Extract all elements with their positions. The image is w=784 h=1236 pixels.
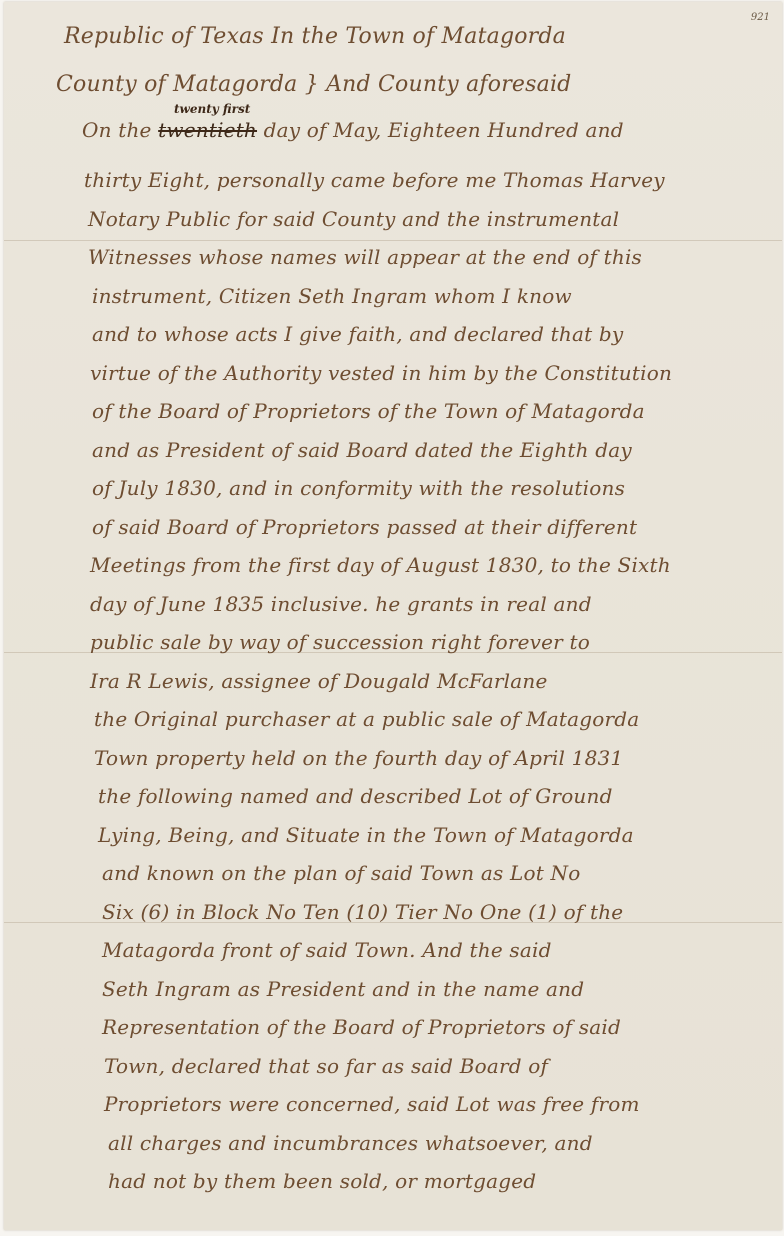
text-line: the following named and described Lot of… — [98, 784, 613, 808]
text-line: thirty Eight, personally came before me … — [84, 168, 665, 192]
heading-line: Republic of Texas In the Town of Matagor… — [64, 24, 566, 49]
text-line: instrument, Citizen Seth Ingram whom I k… — [92, 284, 572, 308]
page-number: 921 — [751, 12, 770, 23]
text-line: and as President of said Board dated the… — [92, 438, 632, 462]
text-line: On the twentieth day of May, Eighteen Hu… — [82, 118, 624, 142]
text-line: Notary Public for said County and the in… — [88, 207, 619, 231]
text-fragment: On the — [82, 118, 158, 142]
text-fragment: day of May, Eighteen Hundred and — [257, 118, 624, 142]
text-line: of said Board of Proprietors passed at t… — [92, 515, 637, 539]
text-line: Seth Ingram as President and in the name… — [102, 977, 584, 1001]
text-line: Ira R Lewis, assignee of Dougald McFarla… — [90, 669, 548, 693]
text-line: Matagorda front of said Town. And the sa… — [102, 938, 552, 962]
text-line: Meetings from the first day of August 18… — [90, 553, 671, 577]
text-line: virtue of the Authority vested in him by… — [90, 361, 672, 385]
text-line: of the Board of Proprietors of the Town … — [92, 399, 645, 423]
text-line: and to whose acts I give faith, and decl… — [92, 322, 623, 346]
interlineation: twenty first — [174, 102, 250, 116]
text-line: and known on the plan of said Town as Lo… — [102, 861, 580, 885]
text-line: all charges and incumbrances whatsoever,… — [108, 1131, 593, 1155]
text-line: of July 1830, and in conformity with the… — [92, 476, 625, 500]
text-line: Town property held on the fourth day of … — [94, 746, 623, 770]
text-line: Town, declared that so far as said Board… — [104, 1054, 548, 1078]
text-line: had not by them been sold, or mortgaged — [108, 1169, 536, 1193]
manuscript-page: 921 Republic of Texas In the Town of Mat… — [4, 2, 782, 1230]
fold-line — [4, 240, 782, 241]
text-line: Witnesses whose names will appear at the… — [88, 245, 642, 269]
text-line: Proprietors were concerned, said Lot was… — [104, 1092, 640, 1116]
text-line: Representation of the Board of Proprieto… — [102, 1015, 621, 1039]
heading-line: County of Matagorda } And County aforesa… — [56, 72, 571, 97]
struck-word: twentieth — [158, 118, 257, 142]
text-line: day of June 1835 inclusive. he grants in… — [90, 592, 592, 616]
text-line: Lying, Being, and Situate in the Town of… — [98, 823, 634, 847]
text-line: Six (6) in Block No Ten (10) Tier No One… — [102, 900, 623, 924]
text-line: public sale by way of succession right f… — [90, 630, 590, 654]
text-line: the Original purchaser at a public sale … — [94, 707, 639, 731]
